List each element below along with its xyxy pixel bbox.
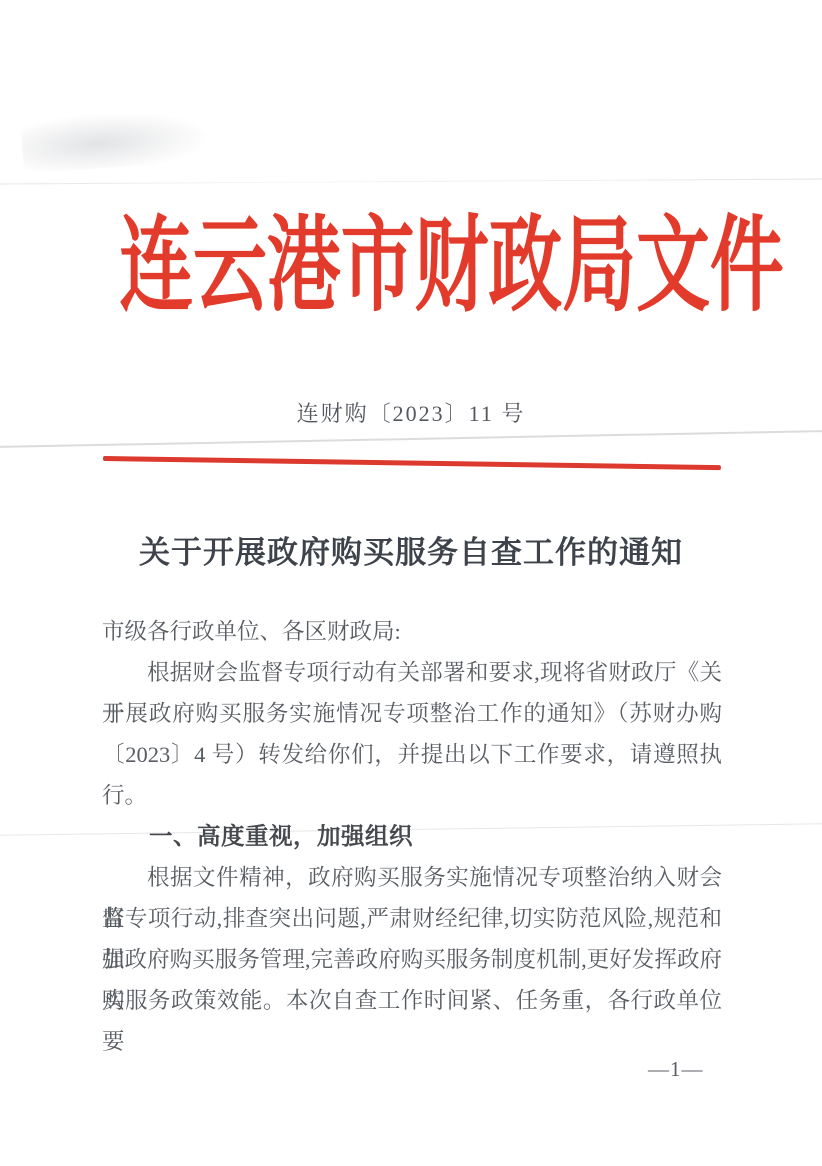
scan-smudge-artifact	[20, 105, 213, 173]
salutation: 市级各行政单位、各区财政局:	[102, 611, 722, 652]
page-number: —1—	[648, 1057, 704, 1082]
section-heading: 一、高度重视，加强组织	[102, 816, 722, 857]
body-line: 根据文件精神，政府购买服务实施情况专项整治纳入财会监	[102, 857, 722, 898]
body-line: 督专项行动,排查突出问题,严肃财经纪律,切实防范风险,规范和加	[102, 898, 722, 939]
red-separator-line	[103, 456, 721, 470]
body-line: 行。	[102, 775, 722, 816]
letterhead-title: 连云港市财政局文件	[119, 207, 703, 327]
body-line: 开展政府购买服务实施情况专项整治工作的通知》（苏财办购	[102, 693, 722, 734]
body-line: 根据财会监督专项行动有关部署和要求,现将省财政厅《关于	[102, 652, 722, 693]
scanned-document-page: 连云港市财政局文件 连财购〔2023〕11 号 关于开展政府购买服务自查工作的通…	[0, 0, 822, 1166]
scan-seam-line-middle	[0, 430, 822, 447]
document-title: 关于开展政府购买服务自查工作的通知	[0, 527, 822, 572]
body-line: 〔2023〕4 号）转发给你们，并提出以下工作要求，请遵照执	[102, 734, 722, 775]
body-line: 强政府购买服务管理,完善政府购买服务制度机制,更好发挥政府购	[102, 939, 722, 980]
document-body: 市级各行政单位、各区财政局: 根据财会监督专项行动有关部署和要求,现将省财政厅《…	[102, 611, 722, 1021]
document-number: 连财购〔2023〕11 号	[0, 397, 822, 428]
body-line: 买服务政策效能。本次自查工作时间紧、任务重，各行政单位要	[102, 980, 722, 1021]
scan-seam-line-top	[0, 178, 822, 184]
